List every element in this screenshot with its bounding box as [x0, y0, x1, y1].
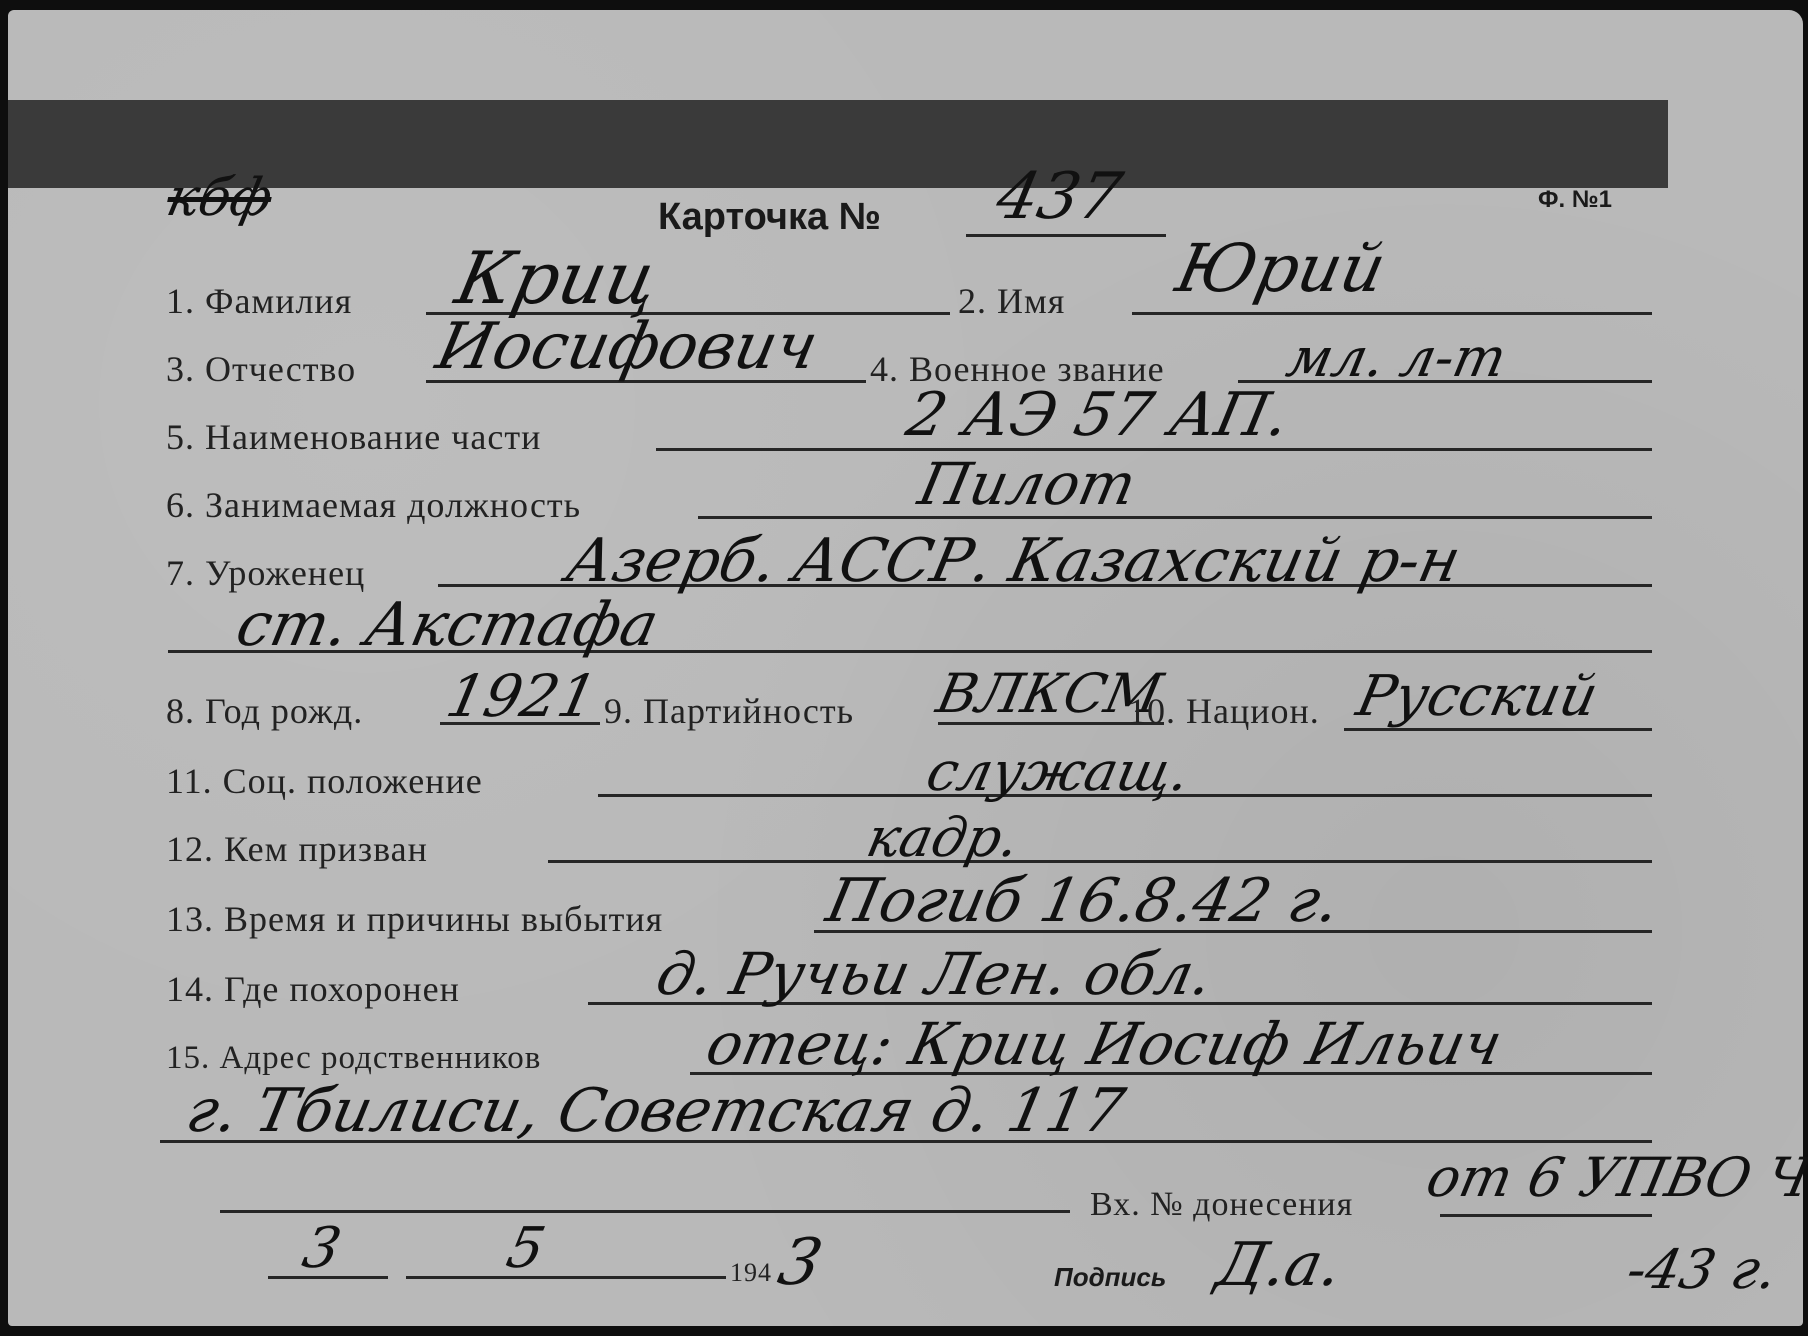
label-departure: 13. Время и причины выбытия	[166, 898, 663, 940]
label-social-status: 11. Соц. положение	[166, 760, 483, 802]
value-month: 5	[501, 1216, 550, 1281]
form-number: Ф. №1	[1538, 186, 1612, 214]
value-burial-place: д. Ручьи Лен. обл.	[651, 940, 1219, 1008]
label-report-number: Вх. № донесения	[1090, 1186, 1353, 1224]
label-drafted-by: 12. Кем призван	[166, 828, 428, 870]
value-surname: Криц	[449, 236, 665, 320]
line-report-number	[1440, 1214, 1652, 1217]
corner-mark: кбф	[162, 168, 278, 228]
value-relatives-address: отец: Криц Иосиф Ильич	[701, 1010, 1508, 1078]
value-first-name: Юрий	[1170, 230, 1392, 307]
value-report-number: от 6 УПВО Ч	[1421, 1146, 1808, 1209]
label-patronymic: 3. Отчество	[166, 348, 356, 390]
label-burial-place: 14. Где похоронен	[166, 968, 460, 1010]
line-first-name	[1132, 312, 1652, 315]
value-patronymic: Иосифович	[430, 310, 824, 384]
card-number: 437	[990, 160, 1128, 234]
label-birthplace: 7. Уроженец	[166, 552, 365, 594]
label-year-prefix: 194	[730, 1258, 772, 1288]
label-birth-year: 8. Год рожд.	[166, 690, 363, 732]
card-number-line	[966, 234, 1166, 237]
value-day: 3	[297, 1216, 346, 1281]
value-unit: 2 АЭ 57 АП.	[901, 380, 1296, 450]
label-surname: 1. Фамилия	[166, 280, 352, 322]
label-party: 9. Партийность	[604, 690, 854, 732]
value-nationality: Русский	[1351, 664, 1603, 729]
value-rank: мл. л-т	[1281, 326, 1512, 389]
line-footer-blank	[220, 1210, 1070, 1213]
label-first-name: 2. Имя	[958, 280, 1065, 322]
value-position: Пилот	[913, 450, 1142, 518]
line-drafted-by	[548, 860, 1652, 863]
value-birth-year: 1921	[441, 662, 603, 730]
label-signature: Подпись	[1054, 1262, 1166, 1293]
value-report-number-2: -43 г.	[1621, 1238, 1783, 1301]
label-unit: 5. Наименование части	[166, 416, 541, 458]
label-position: 6. Занимаемая должность	[166, 484, 581, 526]
line-month	[406, 1276, 726, 1279]
label-relatives-address: 15. Адрес родственников	[166, 1040, 541, 1077]
line-position	[698, 516, 1652, 519]
label-nationality: 10. Национ.	[1128, 690, 1320, 732]
value-departure: Погиб 16.8.42 г.	[821, 866, 1346, 936]
personnel-record-card: кбф Карточка № 437 Ф. №1 1. Фамилия Криц…	[8, 10, 1803, 1326]
value-drafted-by: кадр.	[861, 806, 1025, 869]
value-year-suffix: 3	[772, 1226, 828, 1300]
value-birthplace: Азерб. АССР. Казахский р-н	[561, 526, 1467, 596]
value-relatives-address-2: г. Тбилиси, Советская д. 117	[181, 1076, 1131, 1146]
value-social-status: служащ.	[921, 740, 1195, 803]
card-title: Карточка №	[658, 196, 881, 239]
value-signature: Д.а.	[1211, 1230, 1349, 1300]
value-birthplace-2: ст. Акстафа	[231, 590, 665, 660]
